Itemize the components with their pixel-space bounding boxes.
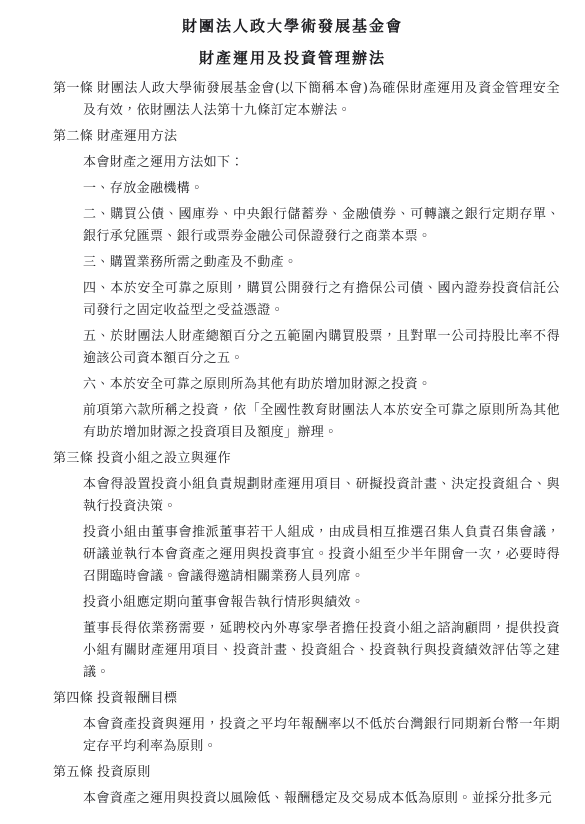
article-paragraph: 五、於財團法人財產總額百分之五範圍內購買股票，且對單一公司持股比率不得逾該公司資… (83, 326, 560, 370)
article-paragraph: 財團法人政大學術發展基金會(以下簡稱本會)為確保財產運用及資金管理安全及有效，依… (83, 78, 560, 122)
document-title: 財團法人政大學術發展基金會 (25, 14, 560, 38)
article-paragraph: 二、購買公債、國庫券、中央銀行儲蓄券、金融債券、可轉讓之銀行定期存單、銀行承兌匯… (83, 204, 560, 248)
article-paragraph: 本會資產投資與運用，投資之平均年報酬率以不低於台灣銀行同期新台幣一年期定存平均利… (83, 714, 560, 758)
article-paragraph: 董事長得依業務需要，延聘校內外專家學者擔任投資小組之諮詢顧問，提供投資小組有關財… (83, 618, 560, 684)
article-title: 投資小組之設立與運作 (97, 448, 560, 470)
article: 第四條投資報酬目標本會資產投資與運用，投資之平均年報酬率以不低於台灣銀行同期新台… (53, 688, 560, 758)
article-number: 第三條 (53, 448, 93, 470)
article: 第三條投資小組之設立與運作本會得設置投資小組負責規劃財產運用項目、研擬投資計畫、… (53, 448, 560, 684)
article: 第五條投資原則本會資產之運用與投資以風險低、報酬穩定及交易成本低為原則。並採分批… (53, 762, 560, 810)
articles-container: 第一條財團法人政大學術發展基金會(以下簡稱本會)為確保財產運用及資金管理安全及有… (53, 78, 560, 810)
article-title: 財產運用方法 (97, 126, 560, 148)
article-number: 第五條 (53, 762, 93, 784)
article-paragraph: 一、存放金融機構。 (83, 178, 560, 200)
article-paragraph: 四、本於安全可靠之原則，購買公開發行之有擔保公司債、國內證券投資信託公司發行之固… (83, 278, 560, 322)
article-number: 第一條 (53, 78, 93, 100)
article-paragraph: 六、本於安全可靠之原則所為其他有助於增加財源之投資。 (83, 374, 560, 396)
article-paragraph: 本會得設置投資小組負責規劃財產運用項目、研擬投資計畫、決定投資組合、與執行投資決… (83, 474, 560, 518)
article-paragraph: 本會財產之運用方法如下： (83, 152, 560, 174)
document-header: 財團法人政大學術發展基金會 財產運用及投資管理辦法 (0, 14, 585, 70)
article-paragraph: 三、購置業務所需之動產及不動產。 (83, 252, 560, 274)
document-page: 財團法人政大學術發展基金會 財產運用及投資管理辦法 第一條財團法人政大學術發展基… (0, 0, 585, 824)
article-paragraph: 投資小組應定期向董事會報告執行情形與績效。 (83, 592, 560, 614)
article: 第一條財團法人政大學術發展基金會(以下簡稱本會)為確保財產運用及資金管理安全及有… (53, 78, 560, 122)
article-paragraph: 前項第六款所稱之投資，依「全國性教育財團法人本於安全可靠之原則所為其他有助於增加… (83, 400, 560, 444)
article-number: 第四條 (53, 688, 93, 710)
article: 第二條財產運用方法本會財產之運用方法如下：一、存放金融機構。二、購買公債、國庫券… (53, 126, 560, 444)
article-paragraph: 本會資產之運用與投資以風險低、報酬穩定及交易成本低為原則。並採分批多元 (83, 788, 560, 810)
article-number: 第二條 (53, 126, 93, 148)
document-subtitle: 財產運用及投資管理辦法 (25, 46, 560, 70)
article-title: 投資報酬目標 (97, 688, 560, 710)
article-paragraph: 投資小組由董事會推派董事若干人組成，由成員相互推選召集人負責召集會議，研議並執行… (83, 522, 560, 588)
article-title: 投資原則 (97, 762, 560, 784)
